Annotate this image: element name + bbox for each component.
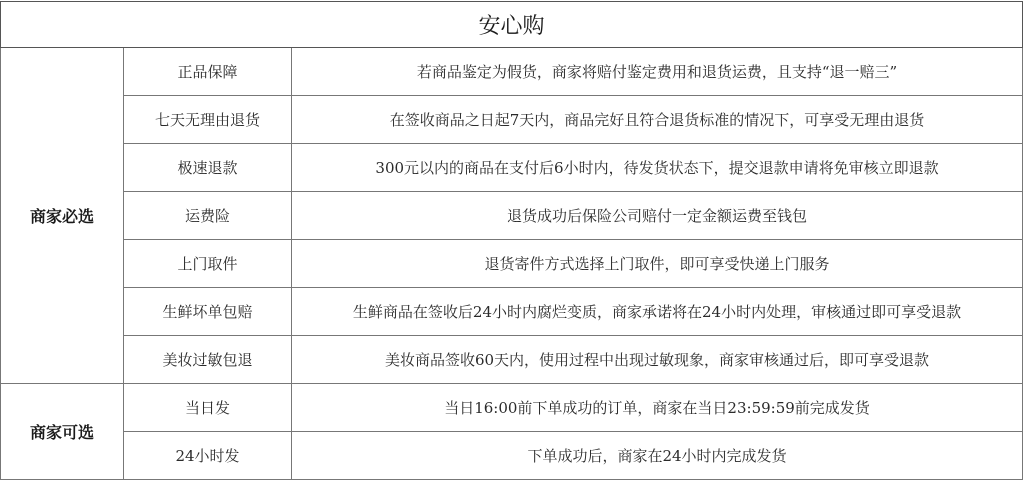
title-row: 安心购 [1,2,1023,48]
feature-name: 正品保障 [124,48,292,96]
table-row: 美妆过敏包退 美妆商品签收60天内，使用过程中出现过敏现象，商家审核通过后，即可… [1,336,1023,384]
feature-description: 当日16:00前下单成功的订单，商家在当日23:59:59前完成发货 [292,384,1023,432]
feature-description: 在签收商品之日起7天内，商品完好且符合退货标准的情况下，可享受无理由退货 [292,96,1023,144]
feature-name: 上门取件 [124,240,292,288]
feature-name: 当日发 [124,384,292,432]
feature-name: 运费险 [124,192,292,240]
table-row: 上门取件 退货寄件方式选择上门取件，即可享受快递上门服务 [1,240,1023,288]
feature-description: 退货寄件方式选择上门取件，即可享受快递上门服务 [292,240,1023,288]
table-row: 极速退款 300元以内的商品在支付后6小时内，待发货状态下，提交退款申请将免审核… [1,144,1023,192]
table-row: 生鲜坏单包赔 生鲜商品在签收后24小时内腐烂变质，商家承诺将在24小时内处理，审… [1,288,1023,336]
group-label-required: 商家必选 [1,48,124,384]
group-label-optional: 商家可选 [1,384,124,480]
feature-name: 极速退款 [124,144,292,192]
table-row: 商家必选 正品保障 若商品鉴定为假货，商家将赔付鉴定费用和退货运费，且支持“退一… [1,48,1023,96]
feature-name: 美妆过敏包退 [124,336,292,384]
table-row: 商家可选 当日发 当日16:00前下单成功的订单，商家在当日23:59:59前完… [1,384,1023,432]
feature-description: 美妆商品签收60天内，使用过程中出现过敏现象，商家审核通过后，即可享受退款 [292,336,1023,384]
feature-description: 生鲜商品在签收后24小时内腐烂变质，商家承诺将在24小时内处理，审核通过即可享受… [292,288,1023,336]
table-row: 运费险 退货成功后保险公司赔付一定金额运费至钱包 [1,192,1023,240]
table-row: 七天无理由退货 在签收商品之日起7天内，商品完好且符合退货标准的情况下，可享受无… [1,96,1023,144]
feature-description: 若商品鉴定为假货，商家将赔付鉴定费用和退货运费，且支持“退一赔三” [292,48,1023,96]
feature-description: 下单成功后，商家在24小时内完成发货 [292,432,1023,480]
feature-description: 300元以内的商品在支付后6小时内，待发货状态下，提交退款申请将免审核立即退款 [292,144,1023,192]
feature-description: 退货成功后保险公司赔付一定金额运费至钱包 [292,192,1023,240]
anxin-gou-table: 安心购 商家必选 正品保障 若商品鉴定为假货，商家将赔付鉴定费用和退货运费，且支… [0,1,1023,479]
table-row: 24小时发 下单成功后，商家在24小时内完成发货 [1,432,1023,480]
table-title: 安心购 [1,2,1023,48]
feature-name: 生鲜坏单包赔 [124,288,292,336]
feature-name: 七天无理由退货 [124,96,292,144]
feature-name: 24小时发 [124,432,292,480]
